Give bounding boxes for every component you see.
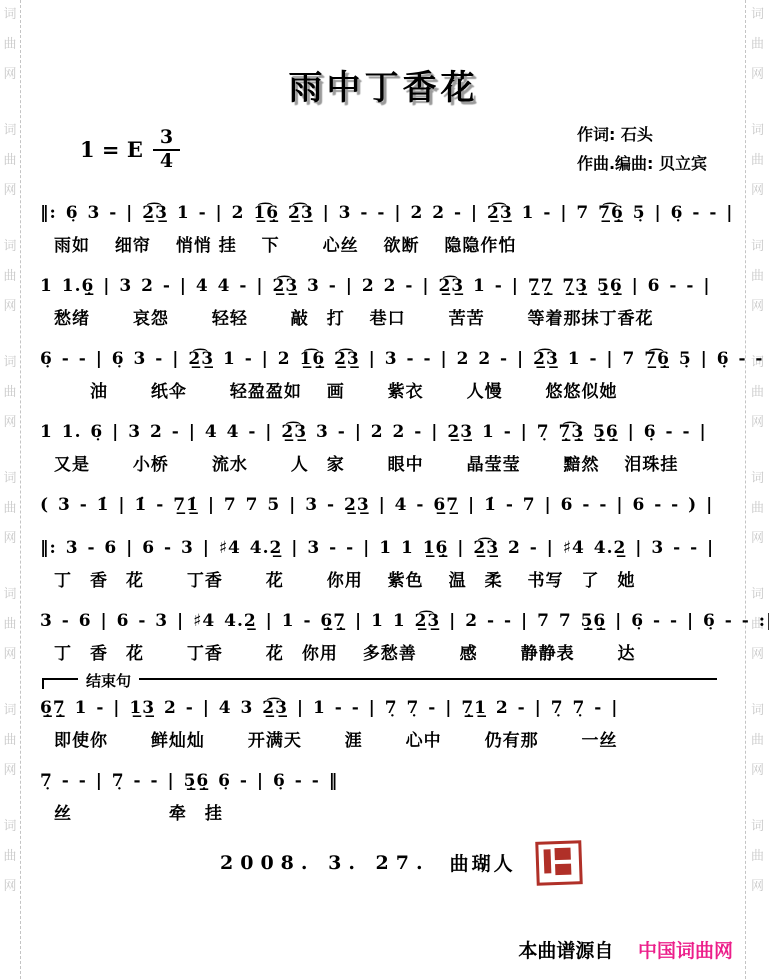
watermark-char: 词	[751, 8, 764, 21]
watermark-group: 词曲网	[751, 124, 764, 197]
music-system: ( 3 - 1̇ | 1̇ - 7̲1̲̇ | 7 7 5 | 3 - 2̲3̲…	[40, 489, 735, 521]
lyrics-line: 即使你 鲜灿灿 开满天 涯 心中 仍有那 一丝	[54, 728, 735, 754]
notes-line: 6̣ - - | 6̣ 3 - | 2̲͡3̲ 1 - | 2 1̲͡6̲̣ 2…	[40, 343, 735, 375]
music-area: ‖: 6̣ 3 - | 2̲͡3̲ 1 - | 2 1̲͡6̲̣ 2̲͡3̲ |…	[40, 197, 735, 827]
music-system: 1 1. 6̣ | 3 2 - | 4 4 - | 2̲͡3̲ 3 - | 2 …	[40, 416, 735, 478]
watermark-char: 曲	[751, 734, 764, 747]
watermark-char: 曲	[3, 386, 16, 399]
watermark-char: 网	[3, 68, 16, 81]
music-system: 6̣ - - | 6̣ 3 - | 2̲͡3̲ 1 - | 2 1̲͡6̲̣ 2…	[40, 343, 735, 405]
watermark-char: 曲	[751, 850, 764, 863]
watermark-char: 词	[751, 472, 764, 485]
watermark-group: 词曲网	[3, 240, 16, 313]
watermark-char: 网	[751, 184, 764, 197]
watermark-char: 网	[3, 184, 16, 197]
watermark-char: 网	[3, 416, 16, 429]
notes-line: ‖: 3 - 6 | 6 - 3 | ♯4 4.2̲ | 3 - - | 1 1…	[40, 532, 735, 564]
watermark-char: 词	[751, 704, 764, 717]
watermark-char: 词	[3, 356, 16, 369]
watermark-column-left: 词曲网词曲网词曲网词曲网词曲网词曲网词曲网词曲网	[0, 0, 21, 979]
watermark-char: 词	[3, 124, 16, 137]
lyrics-line: 丁 香 花 丁香 花 你用 紫色 温 柔 书写 了 她	[54, 568, 735, 594]
watermark-char: 词	[3, 8, 16, 21]
watermark-char: 词	[3, 240, 16, 253]
bracket-tick	[42, 680, 44, 689]
credit-composer: 作曲.编曲: 贝立宾	[577, 150, 707, 179]
watermark-group: 词曲网	[751, 472, 764, 545]
music-system: 7̣ - - | 7̣ - - | 5̲̣6̲̣ 6̣ - | 6̣ - - ‖…	[40, 765, 735, 827]
watermark-group: 词曲网	[751, 704, 764, 777]
watermark-group: 词曲网	[751, 820, 764, 893]
watermark-char: 曲	[3, 270, 16, 283]
watermark-char: 网	[751, 300, 764, 313]
watermark-group: 词曲网	[3, 820, 16, 893]
credit-lyricist: 作词: 石头	[577, 121, 707, 150]
watermark-char: 词	[3, 588, 16, 601]
watermark-group: 词曲网	[751, 8, 764, 81]
watermark-column-right: 词曲网词曲网词曲网词曲网词曲网词曲网词曲网词曲网	[745, 0, 769, 979]
music-system: 3 - 6 | 6 - 3 | ♯4 4.2̲ | 1 - 6̲̣7̲̣ | 1…	[40, 605, 735, 667]
watermark-char: 网	[3, 300, 16, 313]
watermark-char: 曲	[751, 154, 764, 167]
watermark-char: 网	[751, 648, 764, 661]
music-system: ‖: 3 - 6 | 6 - 3 | ♯4 4.2̲ | 3 - - | 1 1…	[40, 532, 735, 594]
watermark-char: 网	[3, 764, 16, 777]
watermark-char: 网	[3, 880, 16, 893]
watermark-char: 曲	[3, 734, 16, 747]
watermark-char: 曲	[3, 38, 16, 51]
watermark-char: 网	[751, 880, 764, 893]
notes-line: ‖: 6̣ 3 - | 2̲͡3̲ 1 - | 2 1̲͡6̲̣ 2̲͡3̲ |…	[40, 197, 735, 229]
date-row: 2008. 3. 27. 曲瑚人	[220, 841, 737, 885]
watermark-group: 词曲网	[3, 588, 16, 661]
credits: 作词: 石头 作曲.编曲: 贝立宾	[577, 121, 707, 179]
watermark-char: 词	[751, 124, 764, 137]
watermark-char: 词	[3, 472, 16, 485]
music-system: 1 1.6̲̣ | 3 2 - | 4 4 - | 2̲͡3̲ 3 - | 2 …	[40, 270, 735, 332]
lyrics-line: 油 纸伞 轻盈盈如 画 紫衣 人慢 悠悠似她	[54, 379, 735, 405]
watermark-char: 词	[751, 588, 764, 601]
key-text: 1 = E	[80, 137, 143, 162]
key-signature: 1 = E 3 4	[80, 121, 180, 179]
notes-line: 7̣ - - | 7̣ - - | 5̲̣6̲̣ 6̣ - | 6̣ - - ‖	[40, 765, 735, 797]
watermark-char: 曲	[3, 154, 16, 167]
source-prefix: 本曲谱源自	[518, 940, 613, 962]
watermark-char: 网	[751, 532, 764, 545]
watermark-char: 曲	[751, 38, 764, 51]
watermark-char: 曲	[3, 502, 16, 515]
watermark-char: 网	[3, 648, 16, 661]
page-title: 雨中丁香花	[30, 60, 737, 109]
watermark-char: 曲	[3, 850, 16, 863]
meter-numerator: 3	[153, 127, 180, 151]
sheet-music-page: 词曲网词曲网词曲网词曲网词曲网词曲网词曲网词曲网 词曲网词曲网词曲网词曲网词曲网…	[0, 0, 769, 979]
source-brand: 中国词曲网	[638, 940, 733, 962]
watermark-group: 词曲网	[3, 472, 16, 545]
watermark-group: 词曲网	[3, 124, 16, 197]
music-system: 结束句6̲̣7̲̣ 1 - | 1̲3̲ 2 - | 4 3 2̲͡3̲ | 1…	[40, 678, 735, 754]
watermark-char: 曲	[3, 618, 16, 631]
watermark-group: 词曲网	[751, 240, 764, 313]
lyrics-line: 丁 香 花 丁香 花 你用 多愁善 感 静静表 达	[54, 641, 735, 667]
watermark-char: 词	[751, 820, 764, 833]
lyrics-line: 丝 牵 挂	[54, 801, 735, 827]
date-text: 2008. 3. 27.	[220, 852, 430, 874]
watermark-char: 网	[751, 68, 764, 81]
watermark-char: 词	[3, 704, 16, 717]
watermark-group: 词曲网	[3, 704, 16, 777]
score-content: 雨中丁香花 1 = E 3 4 作词: 石头 作曲.编曲: 贝立宾 ‖: 6̣ …	[30, 0, 737, 885]
watermark-char: 曲	[751, 502, 764, 515]
signature: 曲瑚人	[450, 849, 516, 876]
lyrics-line: 雨如 细帘 悄悄 挂 下 心丝 欲断 隐隐作怕	[54, 233, 735, 259]
lyrics-line: 愁绪 哀怨 轻轻 敲 打 巷口 苦苦 等着那抹丁香花	[54, 306, 735, 332]
score-header: 1 = E 3 4 作词: 石头 作曲.编曲: 贝立宾	[80, 121, 707, 179]
watermark-char: 曲	[751, 270, 764, 283]
music-system: ‖: 6̣ 3 - | 2̲͡3̲ 1 - | 2 1̲͡6̲̣ 2̲͡3̲ |…	[40, 197, 735, 259]
watermark-char: 网	[751, 764, 764, 777]
watermark-group: 词曲网	[3, 356, 16, 429]
source-row: 本曲谱源自 中国词曲网	[518, 936, 733, 963]
watermark-char: 网	[3, 532, 16, 545]
notes-line: 1 1.6̲̣ | 3 2 - | 4 4 - | 2̲͡3̲ 3 - | 2 …	[40, 270, 735, 302]
section-label: 结束句	[78, 670, 139, 691]
notes-line: 6̲̣7̲̣ 1 - | 1̲3̲ 2 - | 4 3 2̲͡3̲ | 1 - …	[40, 692, 735, 724]
watermark-char: 词	[3, 820, 16, 833]
watermark-char: 词	[751, 240, 764, 253]
notes-line: ( 3 - 1̇ | 1̇ - 7̲1̲̇ | 7 7 5 | 3 - 2̲3̲…	[40, 489, 735, 521]
watermark-char: 网	[751, 416, 764, 429]
section-bracket: 结束句	[42, 678, 717, 680]
lyrics-line: 又是 小桥 流水 人 家 眼中 晶莹莹 黯然 泪珠挂	[54, 452, 735, 478]
meter-fraction: 3 4	[153, 127, 180, 173]
watermark-group: 词曲网	[3, 8, 16, 81]
watermark-char: 曲	[751, 386, 764, 399]
notes-line: 1 1. 6̣ | 3 2 - | 4 4 - | 2̲͡3̲ 3 - | 2 …	[40, 416, 735, 448]
notes-line: 3 - 6 | 6 - 3 | ♯4 4.2̲ | 1 - 6̲̣7̲̣ | 1…	[40, 605, 735, 637]
meter-denominator: 4	[153, 151, 180, 173]
red-seal	[535, 840, 583, 886]
